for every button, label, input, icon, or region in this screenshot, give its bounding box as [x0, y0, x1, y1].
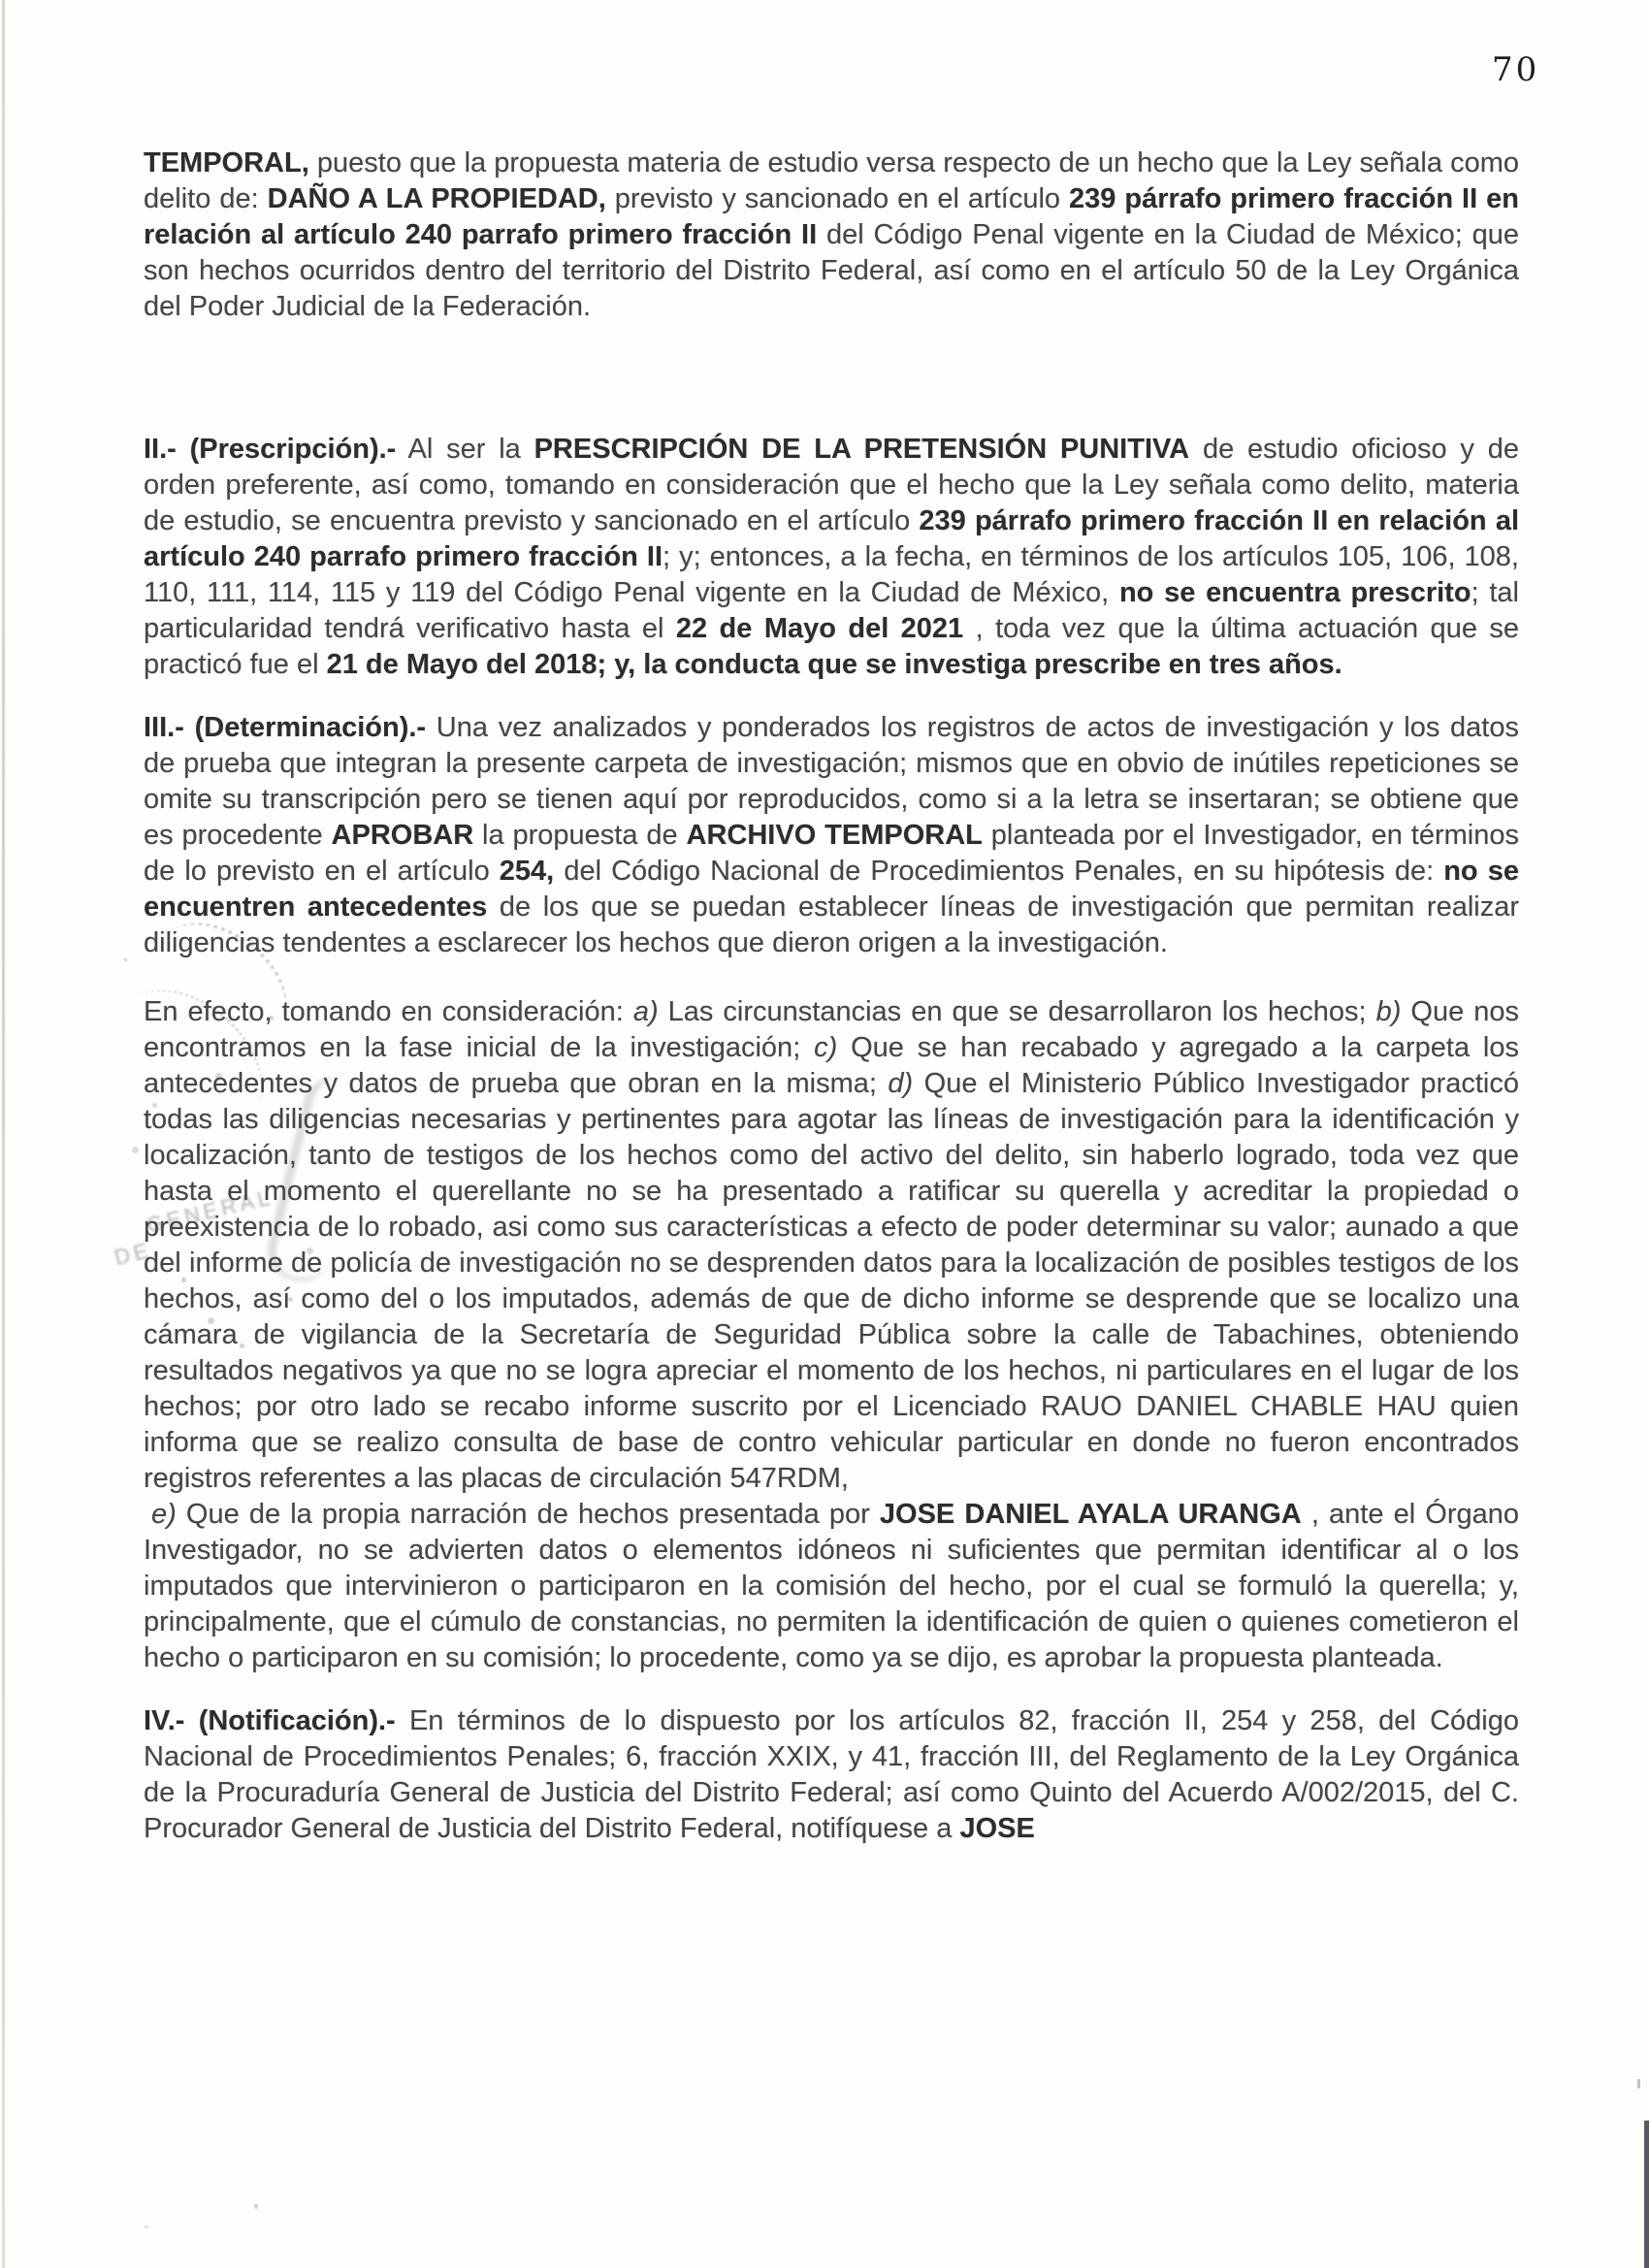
- document-page: 70 GENERAL DE TEMPORAL, puesto que la pr…: [0, 0, 1649, 2268]
- text-run: b): [1376, 996, 1402, 1027]
- paragraph-notificacion: IV.- (Notificación).- En términos de lo …: [144, 1703, 1519, 1847]
- paragraph-inciso-e: e) Que de la propia narración de hechos …: [144, 1497, 1519, 1676]
- text-run: previsto y sancionado en el artículo: [606, 183, 1069, 214]
- text-run: En efecto, tomando en consideración:: [144, 996, 633, 1027]
- text-run: 21 de Mayo del 2018; y, la conducta que …: [327, 649, 1342, 680]
- text-run: JOSE DANIEL AYALA URANGA: [880, 1499, 1302, 1530]
- page-number: 70: [1492, 50, 1539, 89]
- document-body: TEMPORAL, puesto que la propuesta materi…: [144, 146, 1519, 1847]
- text-run: TEMPORAL,: [144, 147, 309, 178]
- stamp-dots-icon: [124, 958, 127, 961]
- text-run: JOSE: [959, 1813, 1034, 1844]
- text-run: 254,: [500, 856, 554, 887]
- scan-speck: [1637, 2079, 1640, 2089]
- text-run: Al ser la: [396, 434, 533, 465]
- scan-edge-left: [2, 0, 5, 2268]
- text-run: c): [814, 1032, 837, 1063]
- text-run: no se encuentra prescrito: [1119, 577, 1471, 608]
- scan-speck: [254, 2204, 258, 2209]
- text-run: III.- (Determinación).-: [144, 712, 426, 743]
- text-run: PRESCRIPCIÓN DE LA PRETENSIÓN PUNITIVA: [534, 434, 1190, 465]
- text-run: del Código Nacional de Procedimientos Pe…: [554, 856, 1443, 887]
- text-run: ARCHIVO TEMPORAL: [687, 820, 983, 851]
- text-run: la propuesta de: [473, 820, 686, 851]
- text-run: Las circunstancias en que se desarrollar…: [659, 996, 1376, 1027]
- text-run: DAÑO A LA PROPIEDAD,: [268, 183, 606, 214]
- paragraph-determinacion: III.- (Determinación).- Una vez analizad…: [144, 710, 1519, 961]
- text-run: Que el Ministerio Público Investigador p…: [144, 1068, 1519, 1494]
- text-run: 22 de Mayo del 2021: [676, 613, 963, 644]
- paragraph-temporal: TEMPORAL, puesto que la propuesta materi…: [144, 146, 1519, 325]
- text-run: APROBAR: [332, 820, 474, 851]
- paragraph-prescripcion: II.- (Prescripción).- Al ser la PRESCRIP…: [144, 432, 1519, 683]
- text-run: d): [888, 1068, 913, 1099]
- text-run: e): [151, 1499, 177, 1530]
- scan-edge-right: [1644, 2121, 1649, 2268]
- scan-speck: [144, 2225, 149, 2228]
- text-run: II.- (Prescripción).-: [144, 434, 396, 465]
- text-run: Que de la propia narración de hechos pre…: [177, 1499, 880, 1530]
- text-run: IV.- (Notificación).-: [144, 1705, 396, 1736]
- paragraph-en-efecto: En efecto, tomando en consideración: a) …: [144, 994, 1519, 1497]
- text-run: a): [633, 996, 659, 1027]
